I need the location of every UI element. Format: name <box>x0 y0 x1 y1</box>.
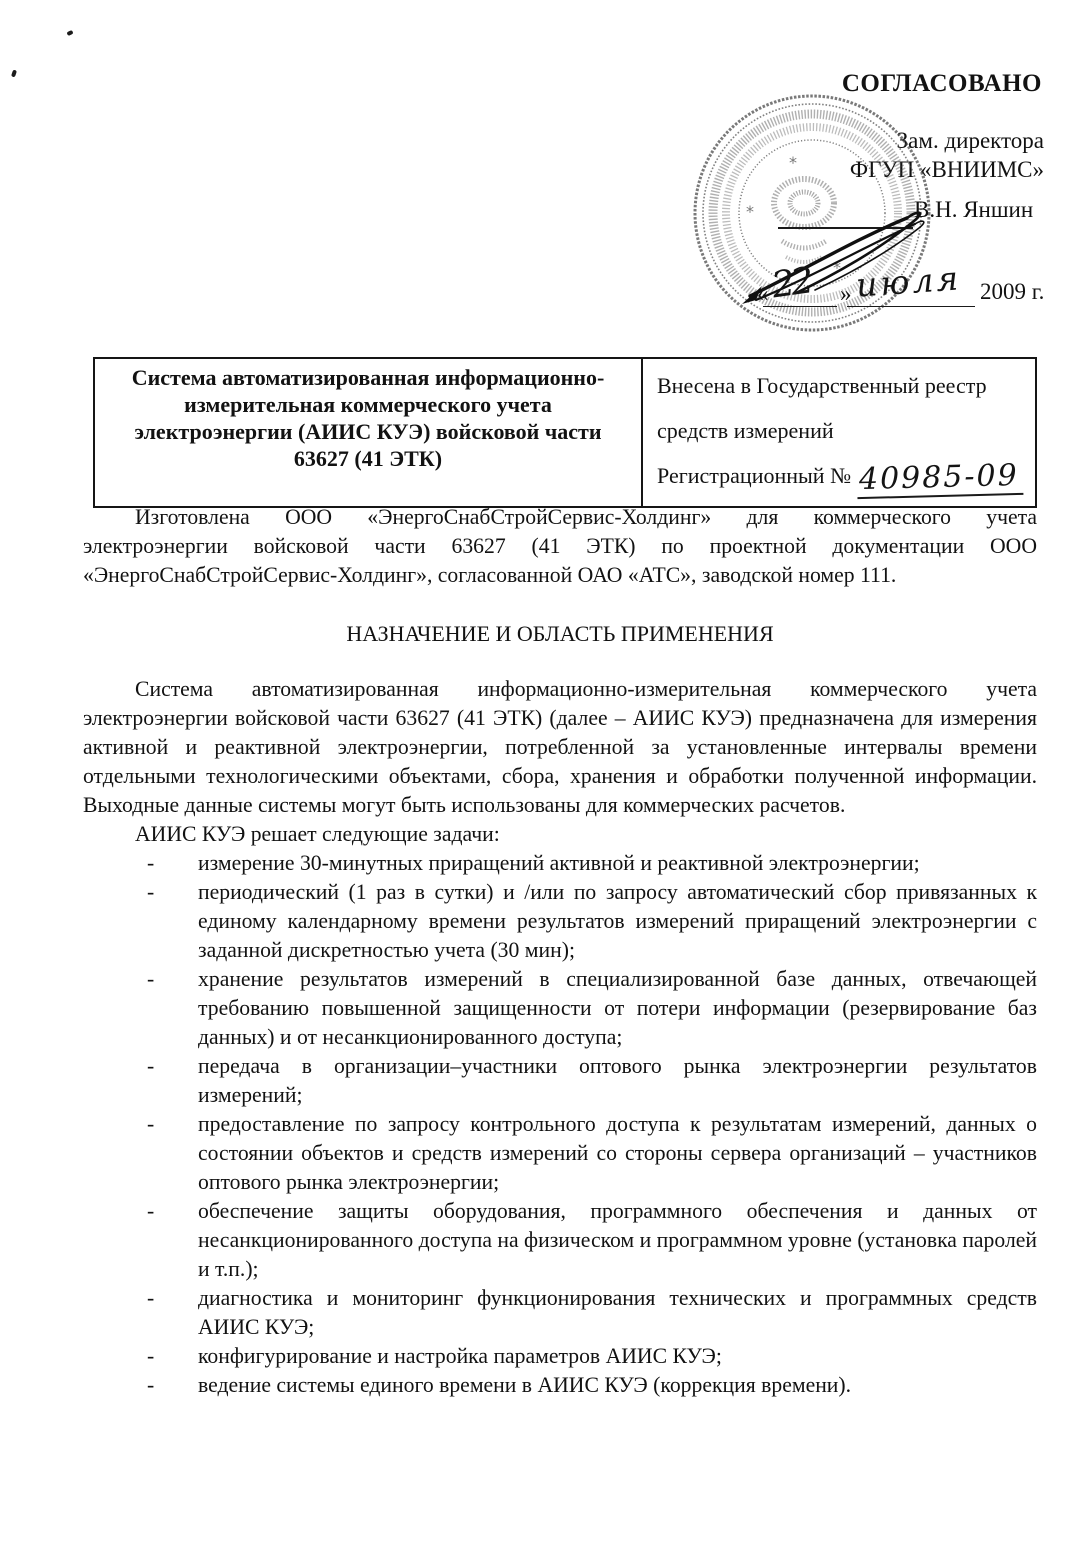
list-dash-marker: - <box>147 1052 154 1081</box>
task-text: передача в организации–участники оптовог… <box>198 1054 1037 1107</box>
date-quote-open: « <box>757 281 769 307</box>
list-item: -измерение 30-минутных приращений активн… <box>83 849 1037 878</box>
title-table: Система автоматизированная информационно… <box>93 357 1037 508</box>
task-text: конфигурирование и настройка параметров … <box>198 1344 722 1368</box>
list-item: -предоставление по запросу контрольного … <box>83 1110 1037 1197</box>
date-quote-close: » <box>840 281 852 307</box>
task-text: обеспечение защиты оборудования, програм… <box>198 1199 1037 1281</box>
task-text: хранение результатов измерений в специал… <box>198 967 1037 1049</box>
handwritten-date-month: июля <box>855 258 963 304</box>
handwritten-registry-number: 40985-09 <box>856 459 1023 499</box>
task-text: периодический (1 раз в сутки) и /или по … <box>198 880 1037 962</box>
tasks-list: -измерение 30-минутных приращений активн… <box>83 849 1037 1400</box>
svg-text:*: * <box>789 153 797 172</box>
list-dash-marker: - <box>147 1110 154 1139</box>
intro-paragraph: Система автоматизированная информационно… <box>83 675 1037 820</box>
registry-label: Регистрационный № <box>657 463 851 488</box>
task-text: измерение 30-минутных приращений активно… <box>198 851 920 875</box>
list-dash-marker: - <box>147 1342 154 1371</box>
list-dash-marker: - <box>147 1197 154 1226</box>
date-day-underline <box>763 306 837 307</box>
list-dash-marker: - <box>147 878 154 907</box>
task-text: ведение системы единого времени в АИИС К… <box>198 1373 851 1397</box>
handwritten-date-day: 22 <box>769 261 812 307</box>
list-item: -передача в организации–участники оптово… <box>83 1052 1037 1110</box>
tasks-intro: АИИС КУЭ решает следующие задачи: <box>83 820 1037 849</box>
date-month-underline <box>847 306 975 307</box>
section-heading: НАЗНАЧЕНИЕ И ОБЛАСТЬ ПРИМЕНЕНИЯ <box>83 619 1037 648</box>
list-dash-marker: - <box>147 1284 154 1313</box>
scan-speck <box>11 70 17 78</box>
list-item: -периодический (1 раз в сутки) и /или по… <box>83 878 1037 965</box>
list-item: -конфигурирование и настройка параметров… <box>83 1342 1037 1371</box>
list-dash-marker: - <box>147 1371 154 1400</box>
date-year: 2009 г. <box>980 279 1044 305</box>
signer-name: В.Н. Яншин <box>914 197 1033 223</box>
scan-speck <box>66 30 73 36</box>
system-name-cell: Система автоматизированная информационно… <box>94 358 642 507</box>
registry-statement: Внесена в Государственный реестр средств… <box>657 373 987 443</box>
manufacturer-paragraph: Изготовлена ООО «ЭнергоСнабСтройСервис-Х… <box>83 503 1037 590</box>
list-dash-marker: - <box>147 965 154 994</box>
document-page: СОГЛАСОВАНО Зам. директора ФГУП «ВНИИМС»… <box>0 0 1086 1560</box>
table-row: Система автоматизированная информационно… <box>94 358 1036 507</box>
list-item: -обеспечение защиты оборудования, програ… <box>83 1197 1037 1284</box>
list-item: -диагностика и мониторинг функционирован… <box>83 1284 1037 1342</box>
registry-cell: Внесена в Государственный реестр средств… <box>642 358 1036 507</box>
task-text: диагностика и мониторинг функционировани… <box>198 1286 1037 1339</box>
list-item: -хранение результатов измерений в специа… <box>83 965 1037 1052</box>
list-item: -ведение системы единого времени в АИИС … <box>83 1371 1037 1400</box>
document-body: Изготовлена ООО «ЭнергоСнабСтройСервис-Х… <box>83 503 1037 1400</box>
task-text: предоставление по запросу контрольного д… <box>198 1112 1037 1194</box>
list-dash-marker: - <box>147 849 154 878</box>
